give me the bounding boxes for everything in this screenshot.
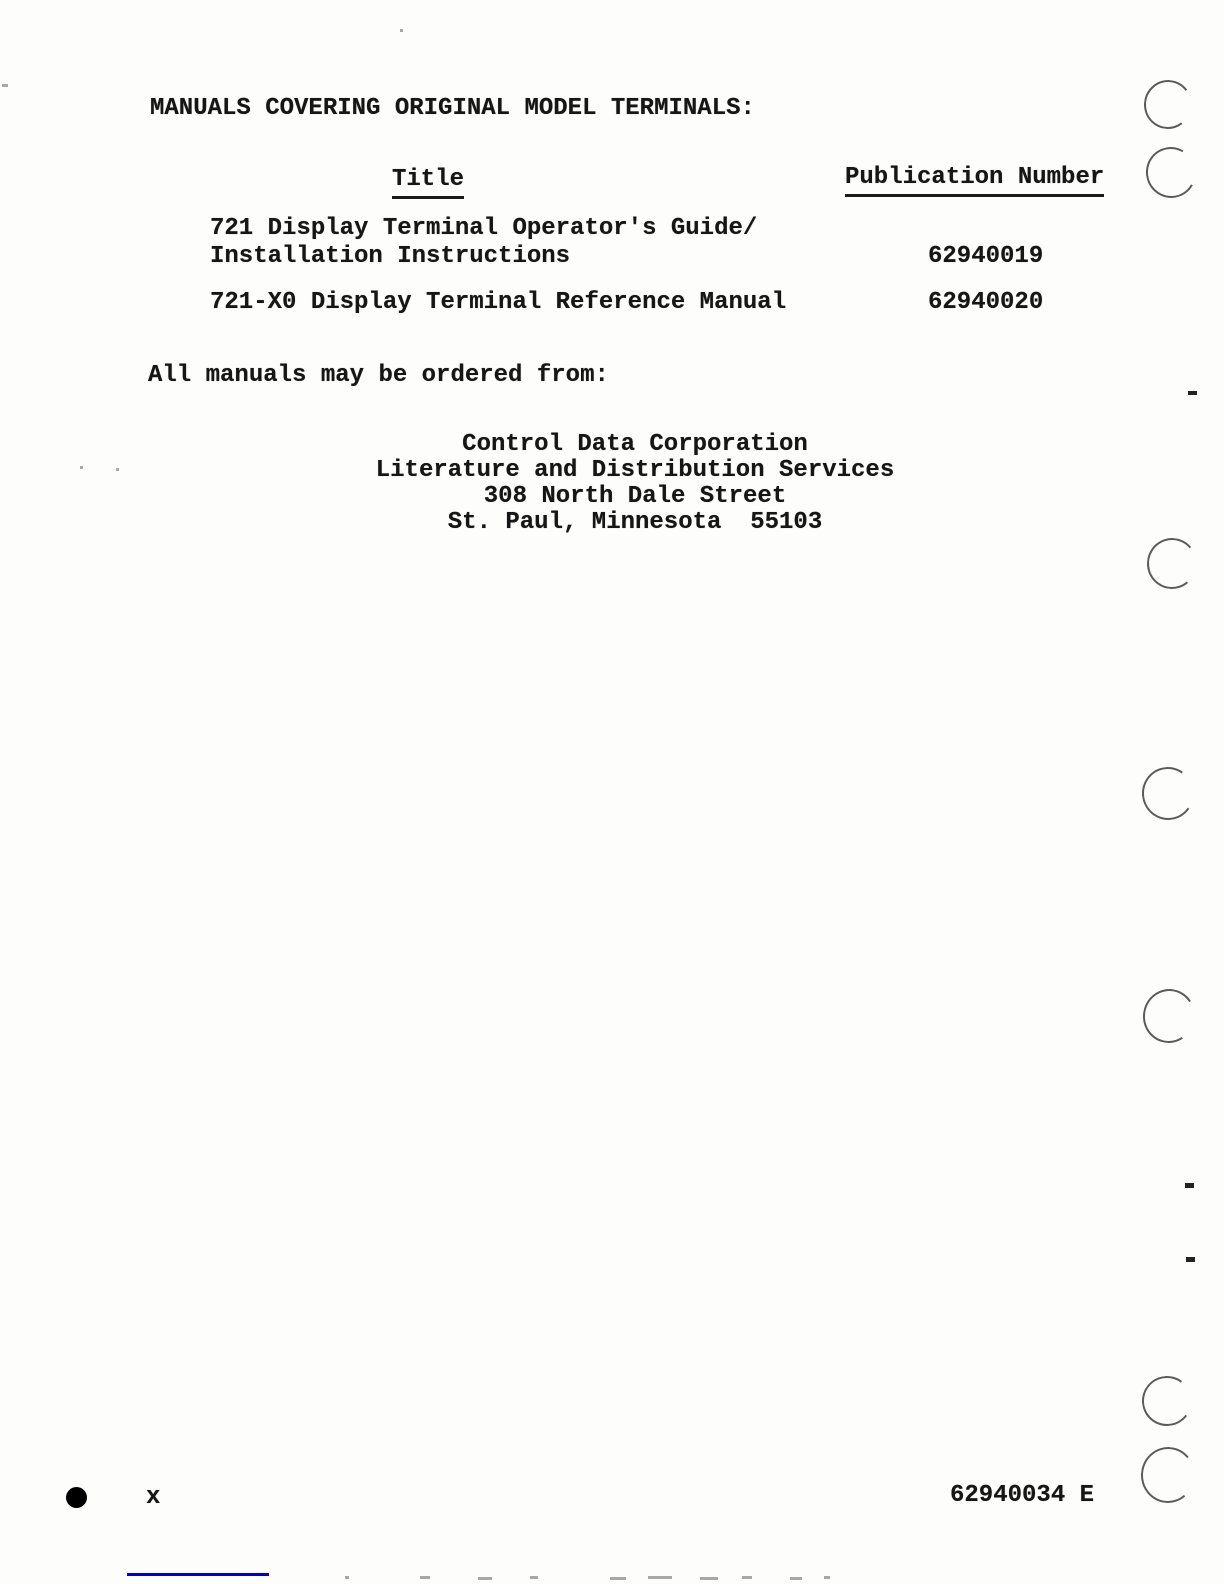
scan-speck bbox=[1186, 1257, 1195, 1262]
column-header-publication-number: Publication Number bbox=[845, 164, 1104, 197]
column-header-title: Title bbox=[392, 166, 464, 199]
scan-speck bbox=[400, 29, 403, 32]
page-number: x bbox=[146, 1484, 160, 1512]
scan-speck bbox=[742, 1576, 752, 1579]
punch-hole-arc bbox=[1139, 1373, 1195, 1429]
document-number: 62940034 E bbox=[950, 1482, 1094, 1510]
scan-speck bbox=[824, 1576, 830, 1579]
scanned-document-page: MANUALS COVERING ORIGINAL MODEL TERMINAL… bbox=[0, 0, 1224, 1584]
manual-title-line: 721 Display Terminal Operator's Guide/ bbox=[210, 215, 757, 243]
punch-hole-arc bbox=[1138, 984, 1200, 1048]
scan-speck bbox=[700, 1577, 718, 1580]
scan-speck bbox=[116, 468, 119, 471]
scan-speck bbox=[1188, 391, 1197, 395]
address-line-city-state-zip: St. Paul, Minnesota 55103 bbox=[329, 510, 941, 536]
scan-speck bbox=[80, 466, 83, 469]
page-heading: MANUALS COVERING ORIGINAL MODEL TERMINAL… bbox=[150, 95, 755, 123]
bottom-margin-line bbox=[127, 1573, 269, 1576]
scan-speck bbox=[478, 1577, 492, 1580]
punch-hole-arc bbox=[1145, 536, 1199, 591]
address-line-street: 308 North Dale Street bbox=[329, 484, 941, 510]
scan-speck bbox=[2, 84, 8, 87]
scan-speck bbox=[530, 1576, 538, 1579]
scan-speck bbox=[648, 1576, 672, 1579]
scan-speck bbox=[1185, 1183, 1194, 1188]
punch-hole-arc bbox=[1138, 763, 1198, 824]
order-instruction: All manuals may be ordered from: bbox=[148, 362, 609, 390]
punch-hole-arc bbox=[1139, 1445, 1198, 1505]
scan-speck bbox=[420, 1576, 430, 1579]
punch-hole-arc bbox=[1141, 77, 1195, 132]
punch-hole-arc bbox=[1140, 141, 1201, 203]
footer-bullet-mark bbox=[66, 1487, 87, 1508]
scan-speck bbox=[345, 1576, 349, 1579]
address-line-department: Literature and Distribution Services bbox=[329, 458, 941, 484]
scan-speck bbox=[790, 1577, 802, 1580]
manual-title-line: 721-X0 Display Terminal Reference Manual bbox=[210, 289, 786, 317]
address-line-company: Control Data Corporation bbox=[329, 432, 941, 458]
publication-number: 62940019 bbox=[928, 243, 1043, 271]
scan-speck bbox=[610, 1577, 626, 1580]
publication-number: 62940020 bbox=[928, 289, 1043, 317]
manual-title-line: Installation Instructions bbox=[210, 243, 570, 271]
